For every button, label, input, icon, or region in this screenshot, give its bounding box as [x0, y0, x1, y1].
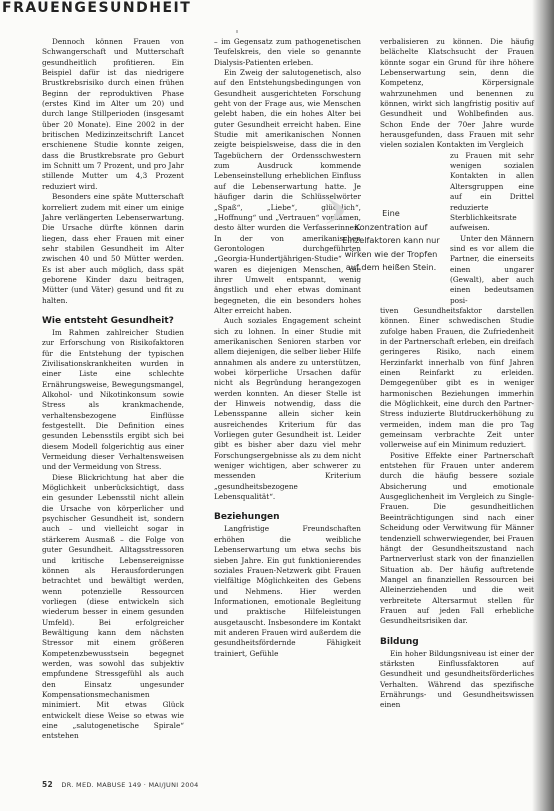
paragraph: Ein Zweig der salutogenetisch, also auf … [214, 68, 361, 316]
print-mark [236, 30, 238, 33]
section-heading: Bildung [380, 637, 534, 648]
page-number: 52 [42, 780, 53, 789]
paragraph: Besonders eine späte Mutterschaft korrel… [42, 192, 184, 306]
paragraph: Auch soziales Engagement scheint sich zu… [214, 316, 361, 502]
paragraph: Unter den Männern sind es vor allem die … [450, 234, 534, 306]
paragraph: tiven Gesundheitsfaktor darstellen könne… [380, 306, 534, 451]
section-heading: Wie entsteht Gesundheit? [42, 316, 184, 327]
wrapped-text-block: zu Frauen mit sehr wenigen sozialen Kont… [450, 151, 534, 306]
section-heading: Beziehungen [214, 512, 361, 523]
paragraph: Im Rahmen zahlreicher Studien zur Erfors… [42, 328, 184, 473]
paragraph: verbalisieren zu können. Die häufig belä… [380, 37, 534, 151]
magazine-page: FRAUENGESUNDHEIT Dennoch können Frauen v… [0, 0, 554, 811]
left-column: Dennoch können Frauen von Schwangerschaf… [42, 37, 184, 742]
middle-column: – im Gegensatz zum pathogenetischen Teuf… [214, 37, 361, 659]
paragraph: Dennoch können Frauen von Schwangerschaf… [42, 37, 184, 192]
paragraph: Ein hoher Bildungsniveau ist einer der s… [380, 649, 534, 711]
right-column: verbalisieren zu können. Die häufig belä… [380, 37, 534, 711]
publication-info: DR. MED. MABUSE 149 · MAI/JUNI 2004 [61, 781, 198, 789]
page-footer: 52 DR. MED. MABUSE 149 · MAI/JUNI 2004 [42, 780, 199, 789]
paragraph: Positive Effekte einer Partnerschaft ent… [380, 451, 534, 627]
paragraph: – im Gegensatz zum pathogenetischen Teuf… [214, 37, 361, 68]
binding-shadow [532, 0, 554, 811]
paragraph: zu Frauen mit sehr wenigen sozialen Kont… [450, 151, 534, 234]
section-title: FRAUENGESUNDHEIT [2, 0, 191, 16]
paragraph: Diese Blickrichtung hat aber die Möglich… [42, 473, 184, 742]
paragraph: Langfristige Freundschaften erhöhen die … [214, 524, 361, 658]
